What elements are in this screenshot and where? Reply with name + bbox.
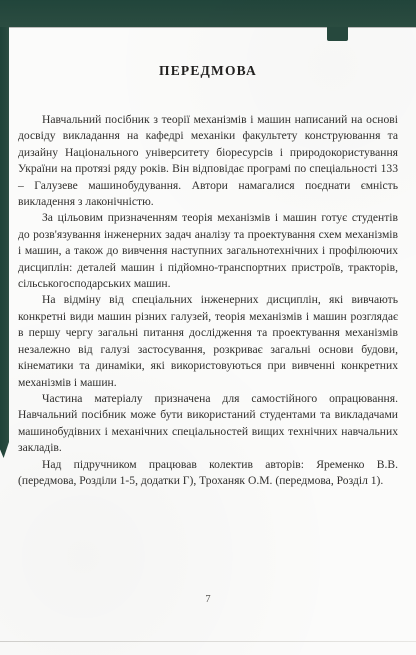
paragraph: За цільовим призначенням теорія механізм…: [18, 210, 398, 292]
book-cover-top-edge: [0, 0, 416, 27]
paragraph: Над підручником працював колектив авторі…: [18, 457, 398, 490]
paragraph: Навчальний посібник з теорії механізмів …: [18, 112, 398, 210]
book-cover-left-edge: [0, 27, 9, 458]
page-number: 7: [0, 594, 416, 605]
paragraph: На відміну від спеціальних інженерних ди…: [18, 292, 398, 390]
paragraph: Частина матеріалу призначена для самості…: [18, 391, 398, 457]
page-title: ПЕРЕДМОВА: [18, 63, 398, 79]
footer-divider-line: [0, 641, 416, 642]
document-body: Навчальний посібник з теорії механізмів …: [18, 112, 398, 489]
book-cover-tab: [327, 27, 348, 41]
